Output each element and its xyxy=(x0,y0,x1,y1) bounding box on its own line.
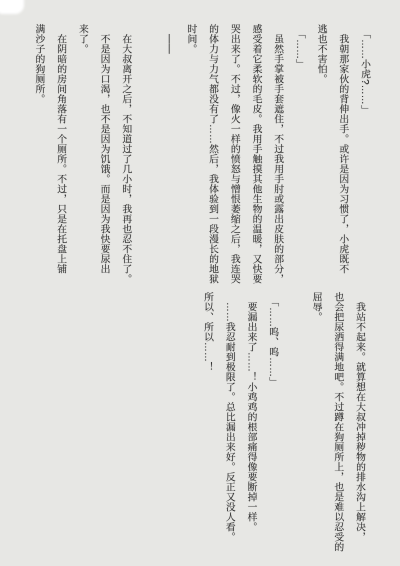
lower-text-block: 我站不起来。就算想在大叔冲掉秽物的排水沟上解决， 也会把尿洒得满地吧。不过蹲在狗… xyxy=(22,292,370,550)
page: 「……小虎?……」 我朝那家伙的背伸出手。或许是因为习惯了，小虎既不 逃也不害怕… xyxy=(0,0,400,566)
upper-text-block: 「……小虎?……」 我朝那家伙的背伸出手。或许是因为习惯了，小虎既不 逃也不害怕… xyxy=(22,24,375,280)
scan-artifact xyxy=(0,0,24,14)
